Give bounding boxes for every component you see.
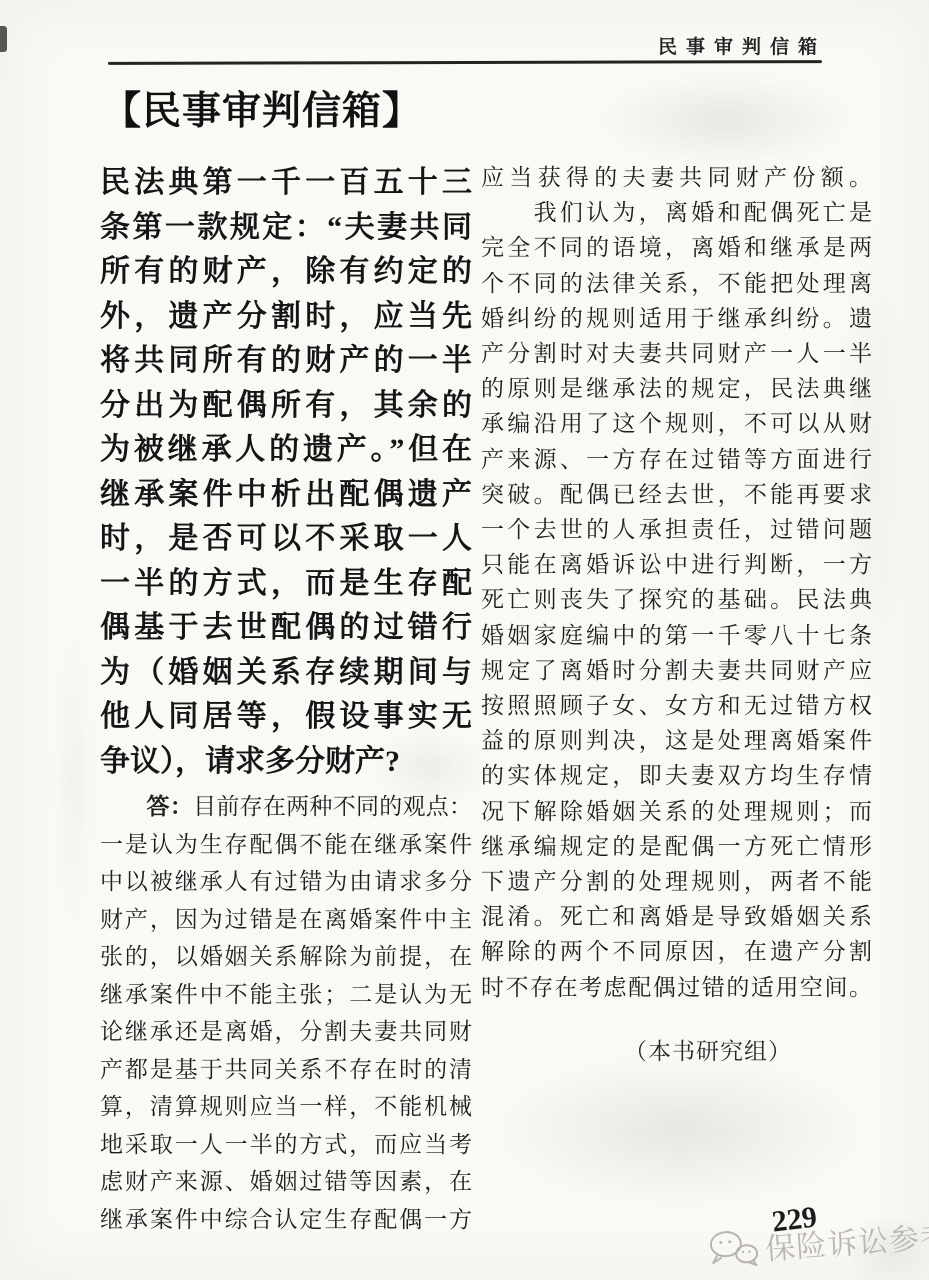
text-line: 产分割时对夫妻共同财产一人一半 (481, 336, 872, 371)
text-line: 完全不同的语境，离婚和继承是两 (481, 230, 872, 265)
scanned-page: 民事审判信箱 【民事审判信箱】 民法典第一千一百五十三条第一款规定：“夫妻共同所… (0, 0, 929, 1280)
answer-first-line: 答：目前存在两种不同的观点： (100, 788, 472, 826)
text-line: 混淆。死亡和离婚是导致婚姻关系 (481, 899, 872, 934)
text-line: 时，是否可以不采取一人 (100, 517, 472, 562)
scan-artifact (0, 26, 7, 52)
text-line: 况下解除婚姻关系的处理规则；而 (481, 794, 872, 829)
answer-label: 答： (147, 794, 194, 819)
byline: （本书研究组） (624, 1033, 792, 1066)
text-line: 继承编规定的是配偶一方死亡情形 (481, 829, 872, 864)
text-line: 按照照顾子女、女方和无过错方权 (481, 688, 872, 723)
text-line: 我们认为，离婚和配偶死亡是 (481, 195, 872, 230)
answer-indent (100, 794, 147, 819)
scan-artifact (55, 620, 91, 940)
text-line: 承编沿用了这个规则，不可以从财 (481, 406, 872, 441)
running-header: 民事审判信箱 (658, 32, 826, 59)
text-line: 他人同居等，假设事实无 (100, 695, 472, 740)
text-line: 将共同所有的财产的一半 (100, 339, 472, 384)
text-line: 虑财产来源、婚姻过错等因素，在 (100, 1163, 472, 1201)
text-line: 婚纠纷的规则适用于继承纠纷。遗 (481, 301, 872, 336)
text-line: 下遗产分割的处理规则，两者不能 (481, 864, 872, 899)
text-line: 解除的两个不同原因，在遗产分割 (481, 934, 872, 969)
scan-artifact (598, 75, 853, 165)
text-line: 争议），请求多分财产? (100, 740, 472, 785)
text-line: 所有的财产，除有约定的 (100, 250, 472, 295)
text-line: 个不同的法律关系，不能把处理离 (481, 266, 872, 301)
text-line: 偶基于去世配偶的过错行 (100, 606, 472, 651)
text-line: 突破。配偶已经去世，不能再要求 (481, 477, 872, 512)
text-line: 规定了离婚时分割夫妻共同财产应 (481, 653, 872, 688)
text-line: 条第一款规定：“夫妻共同 (100, 206, 472, 251)
text-line: 算，清算规则应当一样，不能机械 (100, 1088, 472, 1126)
text-line: 应当获得的夫妻共同财产份额。 (481, 160, 872, 195)
text-line: 产来源、一方存在过错等方面进行 (481, 442, 872, 477)
answer-left-lines: 一是认为生存配偶不能在继承案件中以被继承人有过错为由请求多分财产，因为过错是在离… (100, 826, 472, 1239)
chat-bubbles-icon (705, 1225, 764, 1273)
text-line: 继承案件中析出配偶遗产 (100, 473, 472, 518)
section-title: 【民事审判信箱】 (102, 80, 422, 136)
text-line: 论继承还是离婚，分割夫妻共同财 (100, 1013, 472, 1051)
text-line: 分出为配偶所有，其余的 (100, 384, 472, 429)
question-text: 民法典第一千一百五十三条第一款规定：“夫妻共同所有的财产，除有约定的外，遗产分割… (100, 161, 472, 784)
text-line: 继承案件中综合认定生存配偶一方 (100, 1201, 472, 1239)
text-line: 继承案件中不能主张；二是认为无 (100, 976, 472, 1014)
text-line: 只能在离婚诉讼中进行判断，一方 (481, 547, 872, 582)
text-line: 产都是基于共同关系不存在时的清 (100, 1051, 472, 1089)
text-line: 中以被继承人有过错为由请求多分 (100, 863, 472, 901)
text-line: 死亡则丧失了探究的基础。民法典 (481, 582, 872, 617)
text-line: 益的原则判决，这是处理离婚案件 (481, 723, 872, 758)
page-number: 229 (770, 1200, 819, 1239)
text-line: 一半的方式，而是生存配 (100, 562, 472, 607)
text-line: 外，遗产分割时，应当先 (100, 295, 472, 340)
header-rule (108, 60, 822, 65)
scan-artifact (495, 1055, 865, 1205)
answer-first-line-text: 目前存在两种不同的观点： (193, 794, 472, 819)
answer-text-left: 答：目前存在两种不同的观点： 一是认为生存配偶不能在继承案件中以被继承人有过错为… (100, 788, 472, 1238)
text-line: 的原则是继承法的规定，民法典继 (481, 371, 872, 406)
text-line: 为（婚姻关系存续期间与 (100, 651, 472, 696)
text-line: 财产，因为过错是在离婚案件中主 (100, 901, 472, 939)
text-line: 张的，以婚姻关系解除为前提，在 (100, 938, 472, 976)
answer-text-right: 应当获得的夫妻共同财产份额。 我们认为，离婚和配偶死亡是完全不同的语境，离婚和继… (481, 160, 872, 1005)
text-line: 地采取一人一半的方式，而应当考 (100, 1126, 472, 1164)
text-line: 民法典第一千一百五十三 (100, 161, 472, 206)
text-line: 一是认为生存配偶不能在继承案件 (100, 826, 472, 864)
text-line: 一个去世的人承担责任，过错问题 (481, 512, 872, 547)
text-line: 为被继承人的遗产。”但在 (100, 428, 472, 473)
text-line: 婚姻家庭编中的第一千零八十七条 (481, 618, 872, 653)
text-line: 的实体规定，即夫妻双方均生存情 (481, 758, 872, 793)
text-line: 时不存在考虑配偶过错的适用空间。 (481, 970, 872, 1005)
